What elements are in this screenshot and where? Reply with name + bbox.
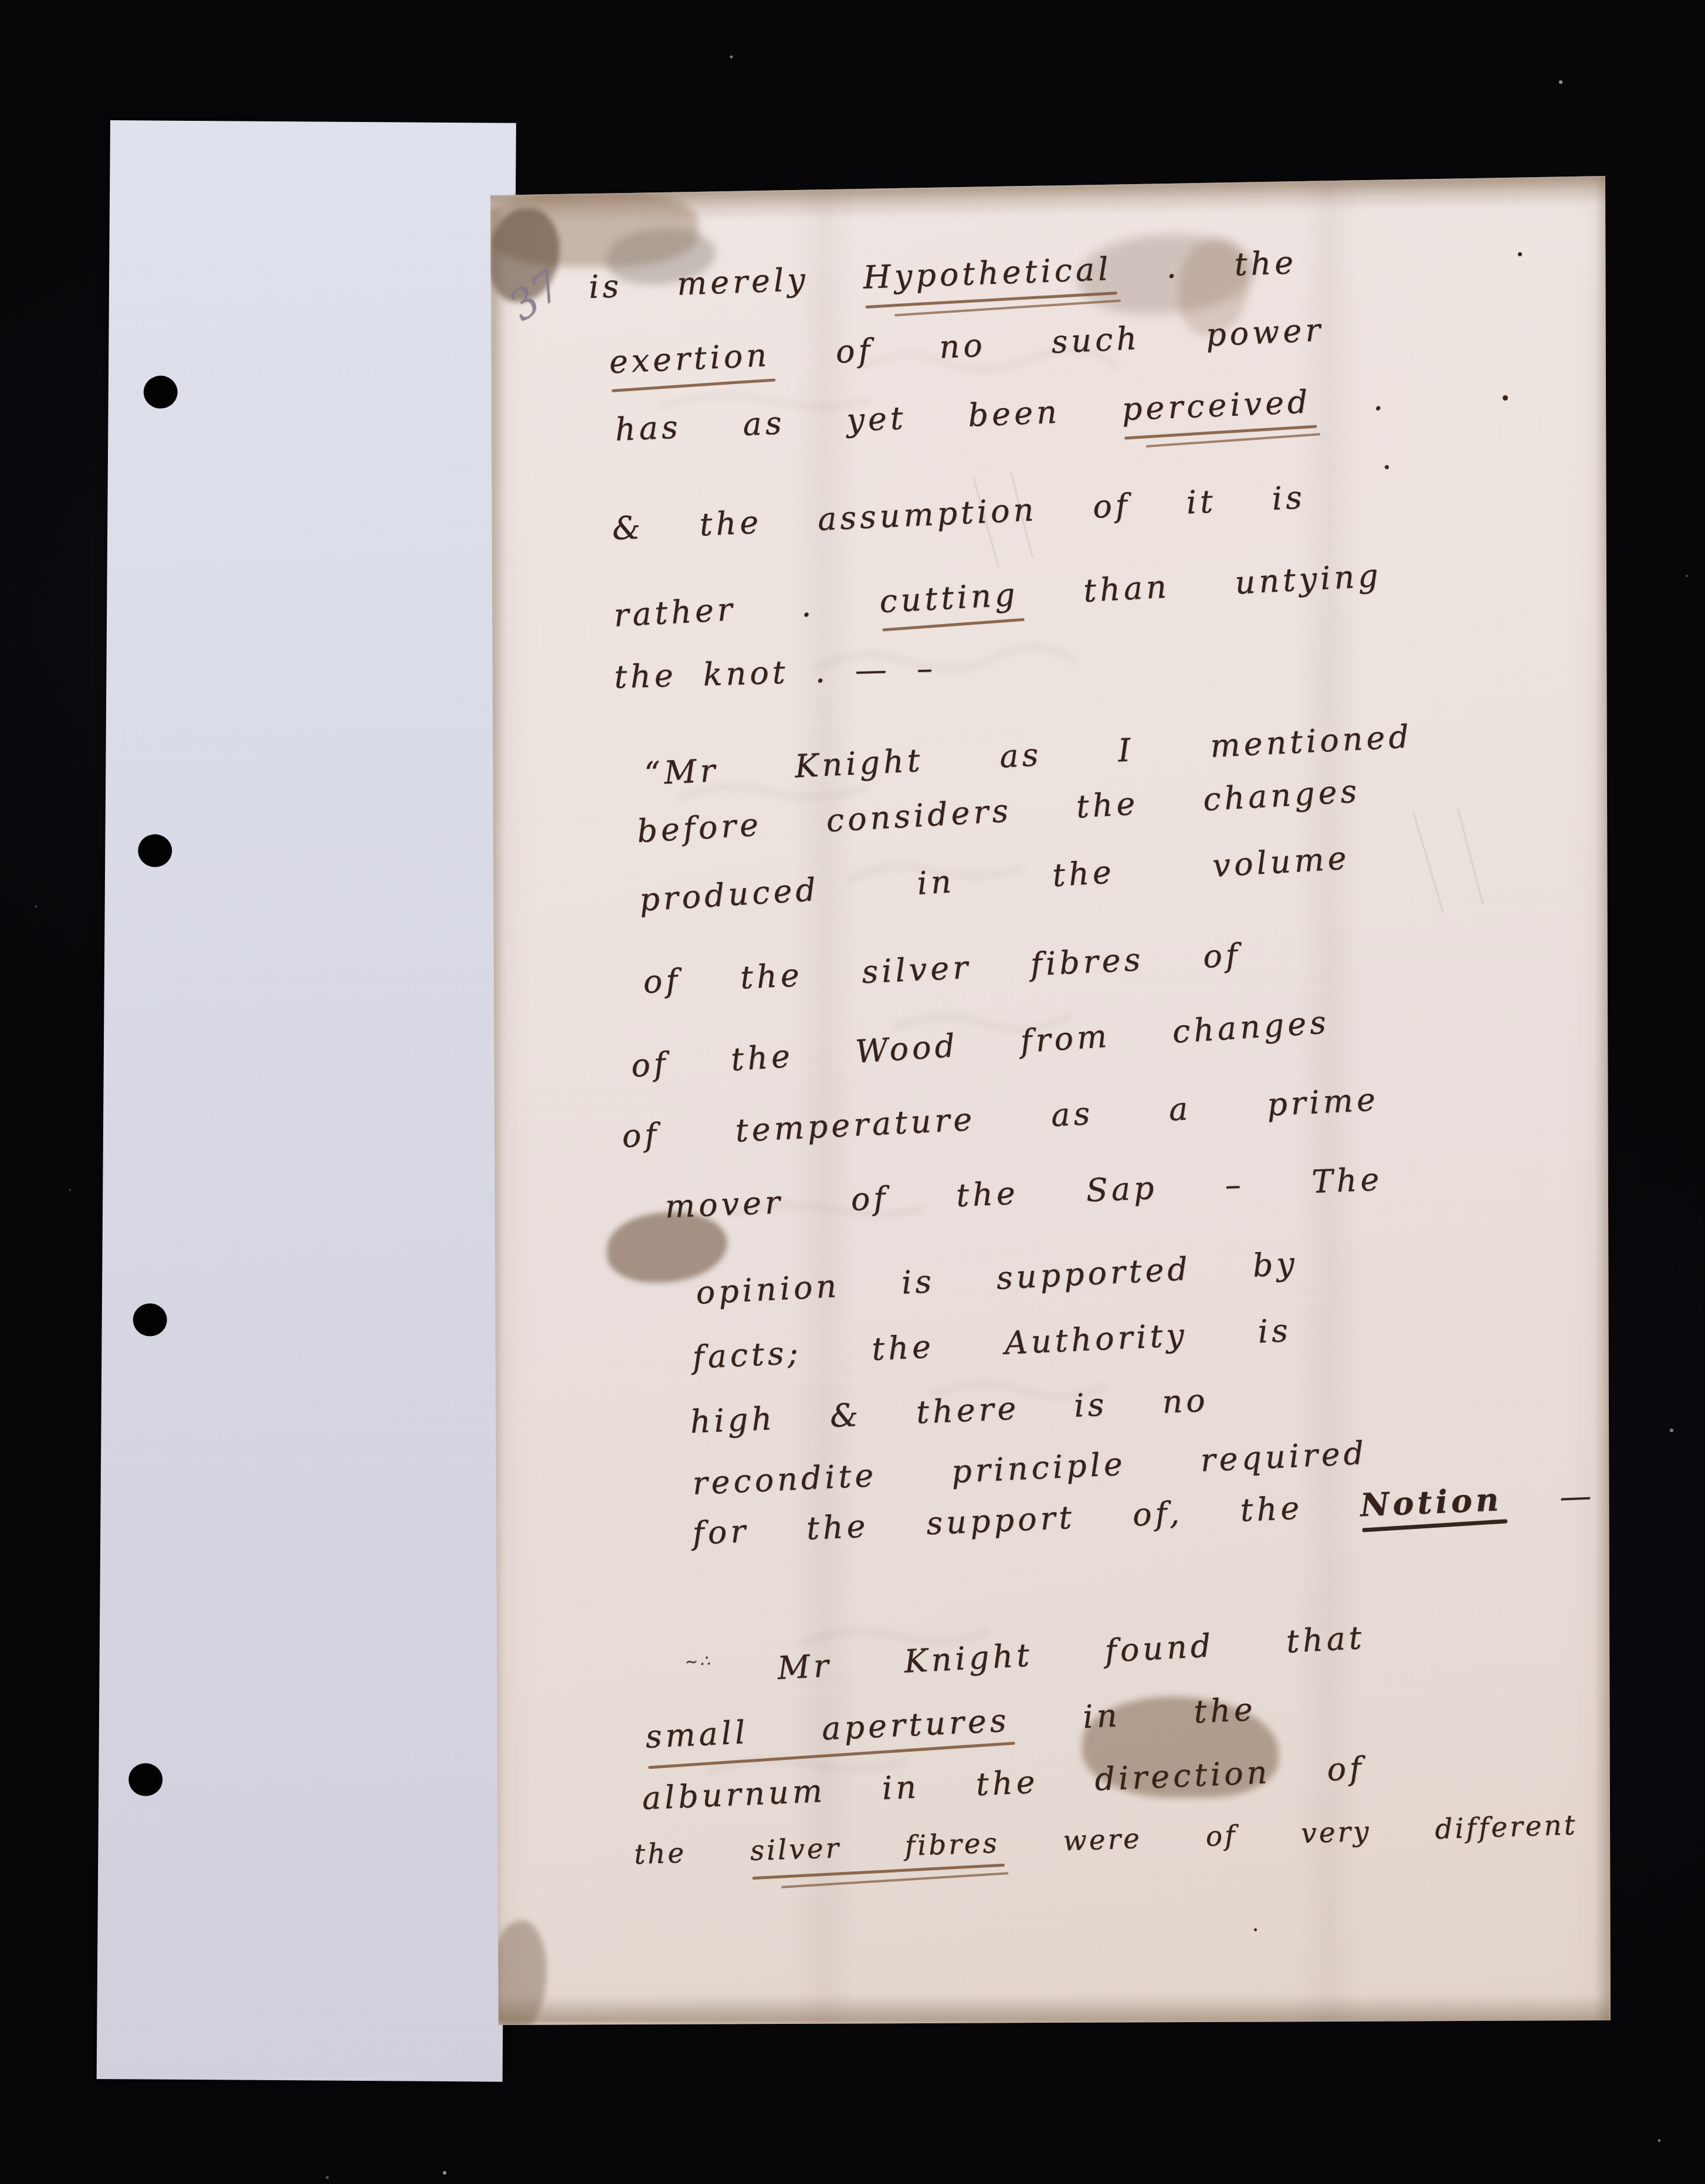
handwritten-text: of the Wood from changes (630, 1003, 1330, 1084)
handwritten-text: — (1501, 1477, 1596, 1518)
manuscript-line: is merely Hypothetical . the (588, 245, 1297, 305)
handwritten-text: in the (1009, 1691, 1257, 1739)
punch-hole (138, 834, 172, 867)
handwritten-text: Mr Knight found that (777, 1619, 1366, 1687)
underlined-word: perceived (1121, 384, 1312, 426)
manuscript-line: the silver fibres were of very different (633, 1810, 1578, 1870)
punch-hole (133, 1303, 167, 1336)
underlined-word: small apertures (645, 1703, 1010, 1755)
photograph-of-manuscript: 37 is merely Hypothetical . theexertion … (0, 0, 1705, 2184)
handwritten-text: of the silver fibres of (642, 937, 1242, 1001)
underlined-word: Hypothetical (863, 252, 1113, 295)
handwritten-text: is merely (588, 259, 864, 306)
handwritten-text: facts; the Authority is (692, 1312, 1292, 1376)
handwritten-text: than untying (1018, 557, 1383, 612)
backing-sheet (97, 120, 516, 2082)
handwritten-text: were of very different (999, 1809, 1578, 1859)
handwritten-text: high & there is no (689, 1382, 1209, 1440)
manuscript-line: facts; the Authority is (692, 1313, 1292, 1375)
manuscript-line: of temperature as a prime (621, 1082, 1379, 1154)
manuscript-line: high & there is no (690, 1383, 1209, 1439)
insertion-mark: ~∴ (684, 1649, 778, 1671)
manuscript-line: of the silver fibres of (642, 938, 1242, 1000)
manuscript-page: 37 is merely Hypothetical . theexertion … (487, 173, 1616, 2031)
handwritten-text: of temperature as a prime (621, 1081, 1379, 1155)
handwritten-text: opinion is supported by (695, 1245, 1299, 1311)
manuscript-line: ~∴ Mr Knight found that (684, 1618, 1366, 1690)
manuscript-line: has as yet been perceived . (615, 381, 1387, 447)
underlined-word: Notion (1360, 1482, 1503, 1522)
handwritten-text: the (633, 1835, 751, 1871)
underlined-word: exertion (608, 338, 771, 380)
manuscript-line: small apertures in the (645, 1692, 1257, 1755)
handwritten-text: & the assumption of it is (611, 479, 1306, 547)
manuscript-line: mover of the Sap – The (665, 1162, 1384, 1224)
manuscript-line: of the Wood from changes (630, 1005, 1330, 1083)
handwritten-text: rather . (613, 583, 880, 634)
manuscript-line: the knot . — – (613, 651, 936, 695)
punch-hole (144, 375, 178, 408)
handwritten-text: mover of the Sap – The (665, 1161, 1384, 1225)
manuscript-line: produced in the volume (638, 840, 1351, 917)
underlined-word: cutting (879, 577, 1019, 619)
dust-specks (0, 0, 1, 1)
handwritten-text: . (1310, 380, 1387, 420)
manuscript-line: rather . cutting than untying (613, 558, 1382, 633)
manuscript-line: exertion of no such power (608, 313, 1324, 380)
handwritten-text: of no such power (769, 311, 1324, 374)
underlined-word: silver fibres (750, 1828, 999, 1866)
punch-hole (128, 1763, 162, 1796)
handwritten-text: has as yet been (615, 391, 1123, 448)
handwritten-text: . the (1111, 244, 1297, 287)
ink-dot (972, 2023, 976, 2027)
manuscript-line: opinion is supported by (695, 1246, 1299, 1311)
handwritten-text-block: is merely Hypothetical . theexertion of … (487, 173, 1616, 2031)
handwritten-text: produced in the volume (638, 839, 1351, 918)
manuscript-line: & the assumption of it is (611, 480, 1306, 546)
handwritten-text: the knot . — – (613, 650, 937, 696)
